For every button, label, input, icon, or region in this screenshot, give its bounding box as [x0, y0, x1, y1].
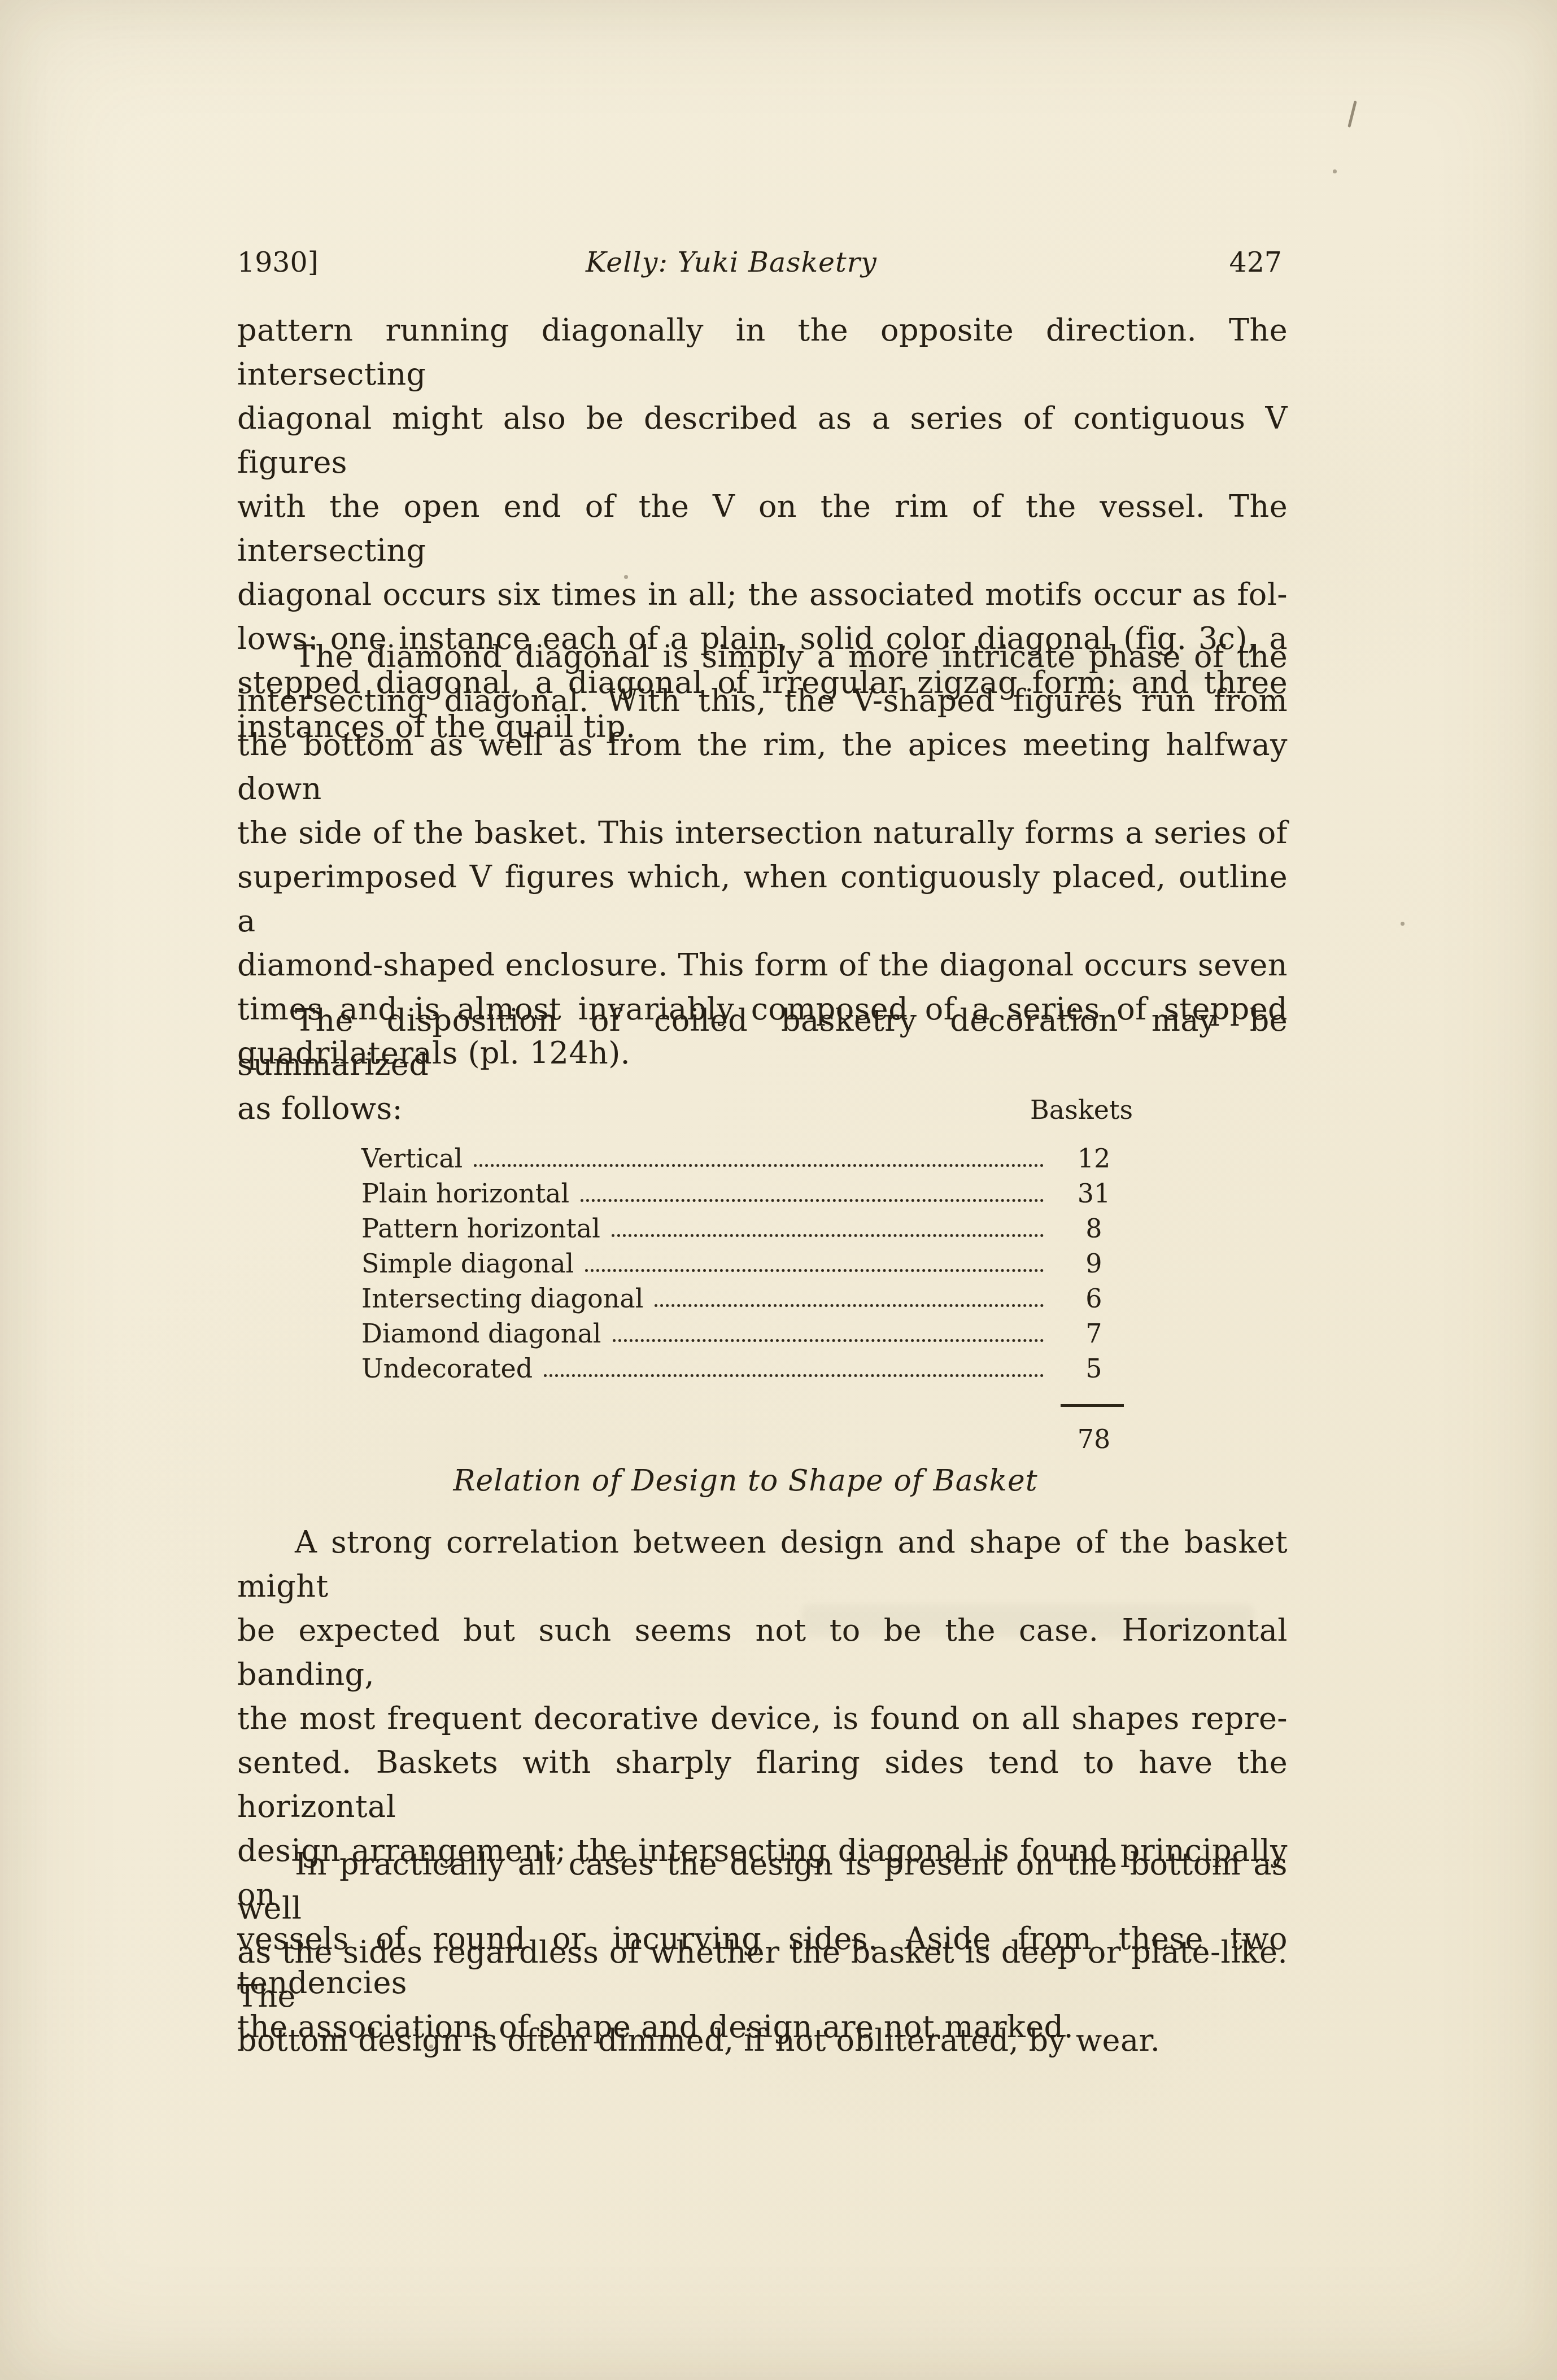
- table-row: Simple diagonal9: [361, 1245, 1136, 1280]
- row-value: 31: [1052, 1178, 1136, 1210]
- dot-leader: [474, 1164, 1044, 1167]
- row-label: Plain horizontal: [361, 1178, 569, 1210]
- total-value: 78: [1052, 1424, 1136, 1454]
- row-value: 7: [1052, 1318, 1136, 1350]
- row-value: 9: [1052, 1248, 1136, 1280]
- table-row: Diamond diagonal7: [361, 1315, 1136, 1350]
- header-page-number: 427: [1229, 246, 1282, 278]
- text-line: sented. Baskets with sharply flaring sid…: [237, 1741, 1288, 1829]
- paragraph-5: In practically all cases the design is p…: [237, 1842, 1288, 2063]
- row-label: Pattern horizontal: [361, 1213, 600, 1245]
- dot-leader: [544, 1374, 1044, 1377]
- row-value: 12: [1052, 1143, 1136, 1175]
- row-label: Simple diagonal: [361, 1248, 574, 1280]
- text-line: with the open end of the V on the rim of…: [237, 485, 1288, 573]
- dot-leader: [585, 1269, 1044, 1272]
- text-line: bottom design is often dimmed, if not ob…: [237, 2019, 1288, 2063]
- table-row: Undecorated5: [361, 1350, 1136, 1385]
- text-line: diagonal might also be described as a se…: [237, 396, 1288, 485]
- row-label: Diamond diagonal: [361, 1318, 601, 1350]
- text-line: A strong correlation between design and …: [237, 1520, 1288, 1609]
- text-line: the bottom as well as from the rim, the …: [237, 723, 1288, 811]
- table-column-header: Baskets: [361, 1095, 1136, 1125]
- dot-leader: [581, 1199, 1044, 1202]
- table-row: Vertical12: [361, 1140, 1136, 1175]
- table-row: Intersecting diagonal6: [361, 1280, 1136, 1315]
- table-row: Pattern horizontal8: [361, 1210, 1136, 1245]
- text-line: diamond-shaped enclosure. This form of t…: [237, 943, 1288, 987]
- row-value: 8: [1052, 1213, 1136, 1245]
- dot-leader: [613, 1339, 1044, 1342]
- row-label: Intersecting diagonal: [361, 1283, 643, 1315]
- row-label: Vertical: [361, 1143, 463, 1175]
- text-line: The diamond diagonal is simply a more in…: [237, 635, 1288, 679]
- dot-leader: [655, 1304, 1044, 1307]
- paper-speck: [1333, 169, 1337, 173]
- paper-speck: [1401, 922, 1405, 926]
- text-line: diagonal occurs six times in all; the as…: [237, 573, 1288, 617]
- text-line: superimposed V figures which, when conti…: [237, 855, 1288, 943]
- text-line: intersecting diagonal. With this, the V-…: [237, 679, 1288, 723]
- row-value: 6: [1052, 1283, 1136, 1315]
- dot-leader: [612, 1234, 1044, 1237]
- text-line: The disposition of coiled basketry decor…: [237, 999, 1288, 1087]
- text-line: pattern running diagonally in the opposi…: [237, 308, 1288, 396]
- scanned-book-page: 1930] Kelly: Yuki Basketry 427 pattern r…: [0, 0, 1557, 2380]
- row-label: Undecorated: [361, 1353, 533, 1385]
- stray-ink-mark: [1347, 101, 1357, 128]
- basket-count-table: Baskets Vertical12Plain horizontal31Patt…: [361, 1095, 1136, 1454]
- header-running-title: Kelly: Yuki Basketry: [237, 246, 1225, 278]
- total-rule: [1061, 1404, 1124, 1407]
- text-line: In practically all cases the design is p…: [237, 1842, 1288, 1930]
- table-row: Plain horizontal31: [361, 1175, 1136, 1210]
- table-rows: Vertical12Plain horizontal31Pattern hori…: [361, 1140, 1136, 1385]
- row-value: 5: [1052, 1353, 1136, 1385]
- text-line: the side of the basket. This intersectio…: [237, 811, 1288, 855]
- section-heading: Relation of Design to Shape of Basket: [237, 1464, 1254, 1498]
- text-line: as the sides regardless of whether the b…: [237, 1930, 1288, 2019]
- text-line: the most frequent decorative device, is …: [237, 1697, 1288, 1741]
- text-line: be expected but such seems not to be the…: [237, 1609, 1288, 1697]
